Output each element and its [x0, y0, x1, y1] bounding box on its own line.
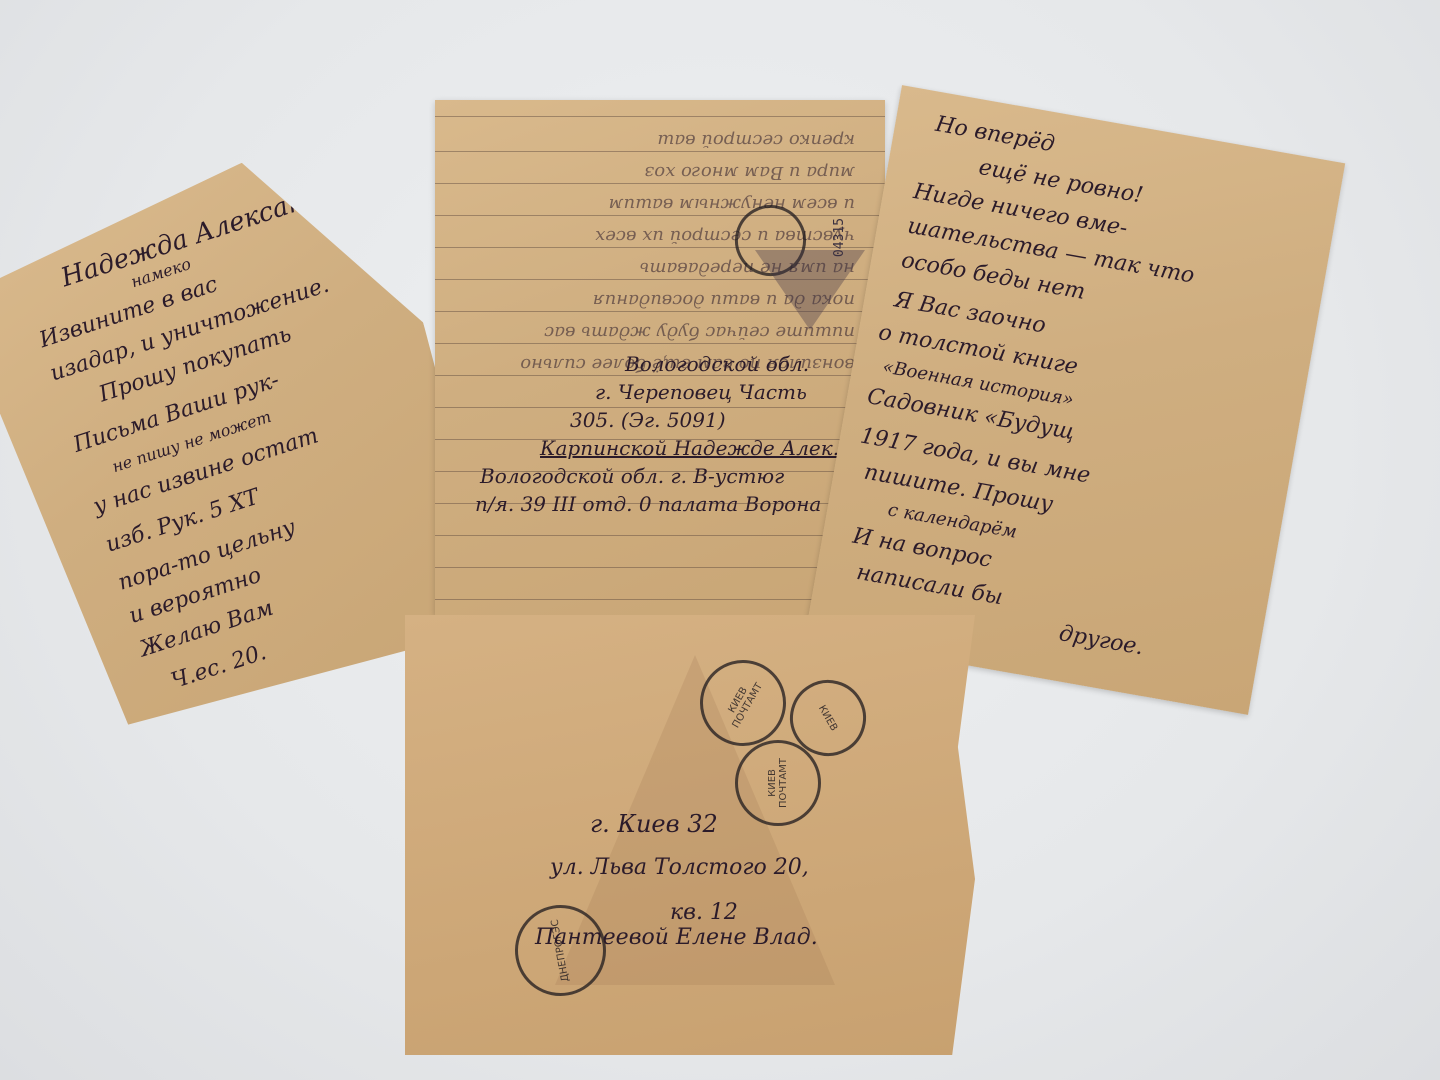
address-line: Карпинской Надежде Алек.	[455, 434, 868, 462]
letter-line: крепко сестрой ваш	[520, 124, 855, 156]
address-line: г. Череповец Часть	[455, 378, 868, 406]
address-block: Вологодской обл. г. Череповец Часть 305.…	[455, 350, 868, 518]
lined-letter-center: вонзился по вам ещё более сильно пишите …	[435, 100, 885, 615]
letter-line: другое.	[1057, 621, 1145, 660]
address-line: Вологодской обл. г. В-устюг	[455, 462, 868, 490]
address-line: п/я. 39 III отд. 0 палата Ворона Г.Е.	[455, 490, 868, 518]
postal-envelope: КИЕВ ПОЧТАМТ КИЕВ КИЕВ ПОЧТАМТ ДНЕПРОГЭС…	[405, 615, 975, 1055]
address-line: кв. 12	[670, 900, 738, 925]
letter-line: и всем ненужным вашим	[520, 188, 855, 220]
letter-line: Но вперёд	[934, 112, 1057, 158]
letter-line: мира и Вам много хоз	[520, 156, 855, 188]
address-line: г. Киев 32	[590, 810, 718, 838]
address-line: ул. Льва Толстого 20,	[550, 855, 809, 880]
letter-line: Надежда Александровна!	[57, 153, 410, 293]
address-line: 305. (Эг. 5091)	[455, 406, 868, 434]
address-line: Вологодской обл.	[455, 350, 868, 378]
postmark: КИЕВ ПОЧТАМТ	[735, 740, 821, 826]
address-line: Пантеевой Елене Влад.	[535, 925, 818, 950]
triangle-censor-stamp	[755, 250, 865, 330]
